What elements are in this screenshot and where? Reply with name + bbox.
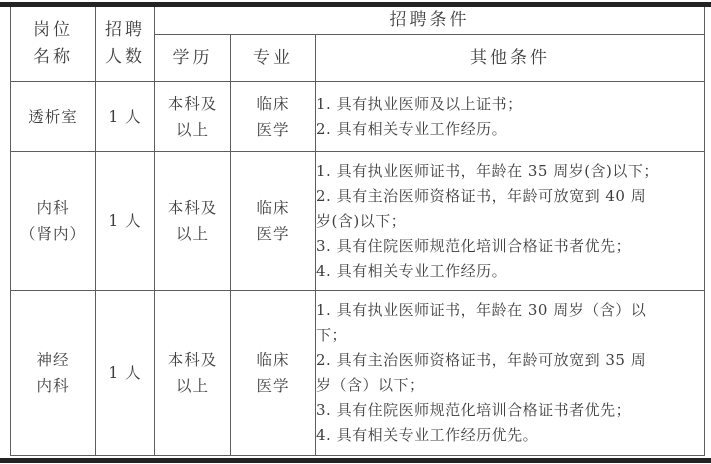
bottom-rule	[0, 458, 711, 463]
headcount-cell: 1 人	[96, 291, 155, 456]
education-cell: 本科及 以上	[155, 82, 231, 152]
position-cell: 神经 内科	[11, 291, 96, 456]
education-cell: 本科及 以上	[155, 152, 231, 291]
header-major: 专业	[231, 35, 316, 82]
major-cell: 临床 医学	[231, 291, 316, 456]
header-conditions-group: 招聘条件	[155, 7, 705, 35]
major-cell: 临床 医学	[231, 82, 316, 152]
table-row-dialysis: 透析室 1 人 本科及 以上 临床 医学 1. 具有执业医师及以上证书； 2. …	[11, 82, 705, 152]
header-headcount: 招聘 人数	[96, 7, 155, 82]
conditions-cell: 1. 具有执业医师证书，年龄在 30 周岁（含）以 下； 2. 具有主治医师资格…	[316, 291, 705, 456]
header-other-conditions: 其他条件	[316, 35, 705, 82]
header-row-top: 岗位 名称 招聘 人数 招聘条件	[11, 7, 705, 35]
headcount-cell: 1 人	[96, 152, 155, 291]
recruitment-table: 岗位 名称 招聘 人数 招聘条件 学历 专业 其他条件 透析室 1 人 本科及 …	[10, 6, 705, 456]
header-education: 学历	[155, 35, 231, 82]
document-page: 岗位 名称 招聘 人数 招聘条件 学历 专业 其他条件 透析室 1 人 本科及 …	[0, 0, 711, 464]
education-cell: 本科及 以上	[155, 291, 231, 456]
position-cell: 透析室	[11, 82, 96, 152]
table-row-internal-medicine: 内科 （肾内） 1 人 本科及 以上 临床 医学 1. 具有执业医师证书，年龄在…	[11, 152, 705, 291]
conditions-cell: 1. 具有执业医师及以上证书； 2. 具有相关专业工作经历。	[316, 82, 705, 152]
table-row-neurology: 神经 内科 1 人 本科及 以上 临床 医学 1. 具有执业医师证书，年龄在 3…	[11, 291, 705, 456]
header-position: 岗位 名称	[11, 7, 96, 82]
top-rule	[0, 2, 711, 7]
position-cell: 内科 （肾内）	[11, 152, 96, 291]
major-cell: 临床 医学	[231, 152, 316, 291]
conditions-cell: 1. 具有执业医师证书，年龄在 35 周岁(含)以下； 2. 具有主治医师资格证…	[316, 152, 705, 291]
headcount-cell: 1 人	[96, 82, 155, 152]
